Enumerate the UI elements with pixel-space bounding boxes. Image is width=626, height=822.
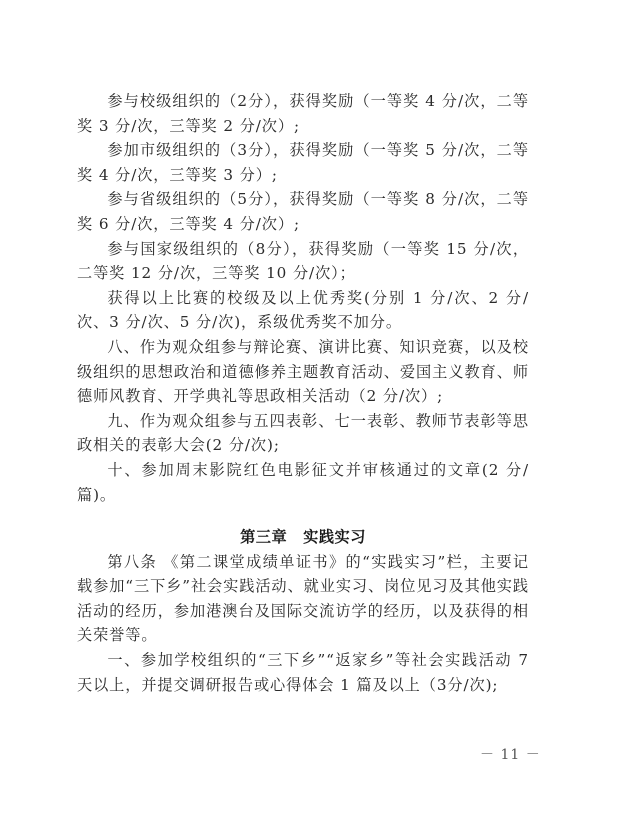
document-page: 参与校级组织的（2分），获得奖励（一等奖 4 分/次，二等奖 3 分/次，三等奖… [0, 0, 626, 822]
paragraph-practice-item-one: 一、参加学校组织的“三下乡”“返家乡”等社会实践活动 7 天以上，并提交调研报告… [77, 648, 529, 697]
paragraph-city-level-award: 参加市级组织的（3分），获得奖励（一等奖 5 分/次，二等奖 4 分/次，三等奖… [77, 138, 529, 187]
paragraph-item-eight: 八、作为观众组参与辩论赛、演讲比赛、知识竞赛，以及校级组织的思想政治和道德修养主… [77, 335, 529, 409]
paragraph-excellence-award: 获得以上比赛的校级及以上优秀奖(分别 1 分/次、2 分/次、3 分/次、5 分… [77, 286, 529, 335]
paragraph-national-level-award: 参与国家级组织的（8分），获得奖励（一等奖 15 分/次，二等奖 12 分/次，… [77, 237, 529, 286]
paragraph-article-eight: 第八条 《第二课堂成绩单证书》的“实践实习”栏，主要记载参加“三下乡”社会实践活… [77, 550, 529, 648]
paragraph-school-level-award: 参与校级组织的（2分），获得奖励（一等奖 4 分/次，二等奖 3 分/次，三等奖… [77, 89, 529, 138]
paragraph-province-level-award: 参与省级组织的（5分），获得奖励（一等奖 8 分/次，二等奖 6 分/次，三等奖… [77, 187, 529, 236]
page-number: － 11 － [480, 744, 541, 764]
paragraph-item-ten: 十、参加周末影院红色电影征文并审核通过的文章(2 分/篇)。 [77, 458, 529, 507]
document-body: 参与校级组织的（2分），获得奖励（一等奖 4 分/次，二等奖 3 分/次，三等奖… [77, 89, 529, 697]
chapter-title: 实践实习 [303, 528, 366, 546]
chapter-number: 第三章 [240, 528, 287, 546]
paragraph-item-nine: 九、作为观众组参与五四表彰、七一表彰、教师节表彰等思政相关的表彰大会(2 分/次… [77, 409, 529, 458]
chapter-heading: 第三章实践实习 [77, 525, 529, 550]
